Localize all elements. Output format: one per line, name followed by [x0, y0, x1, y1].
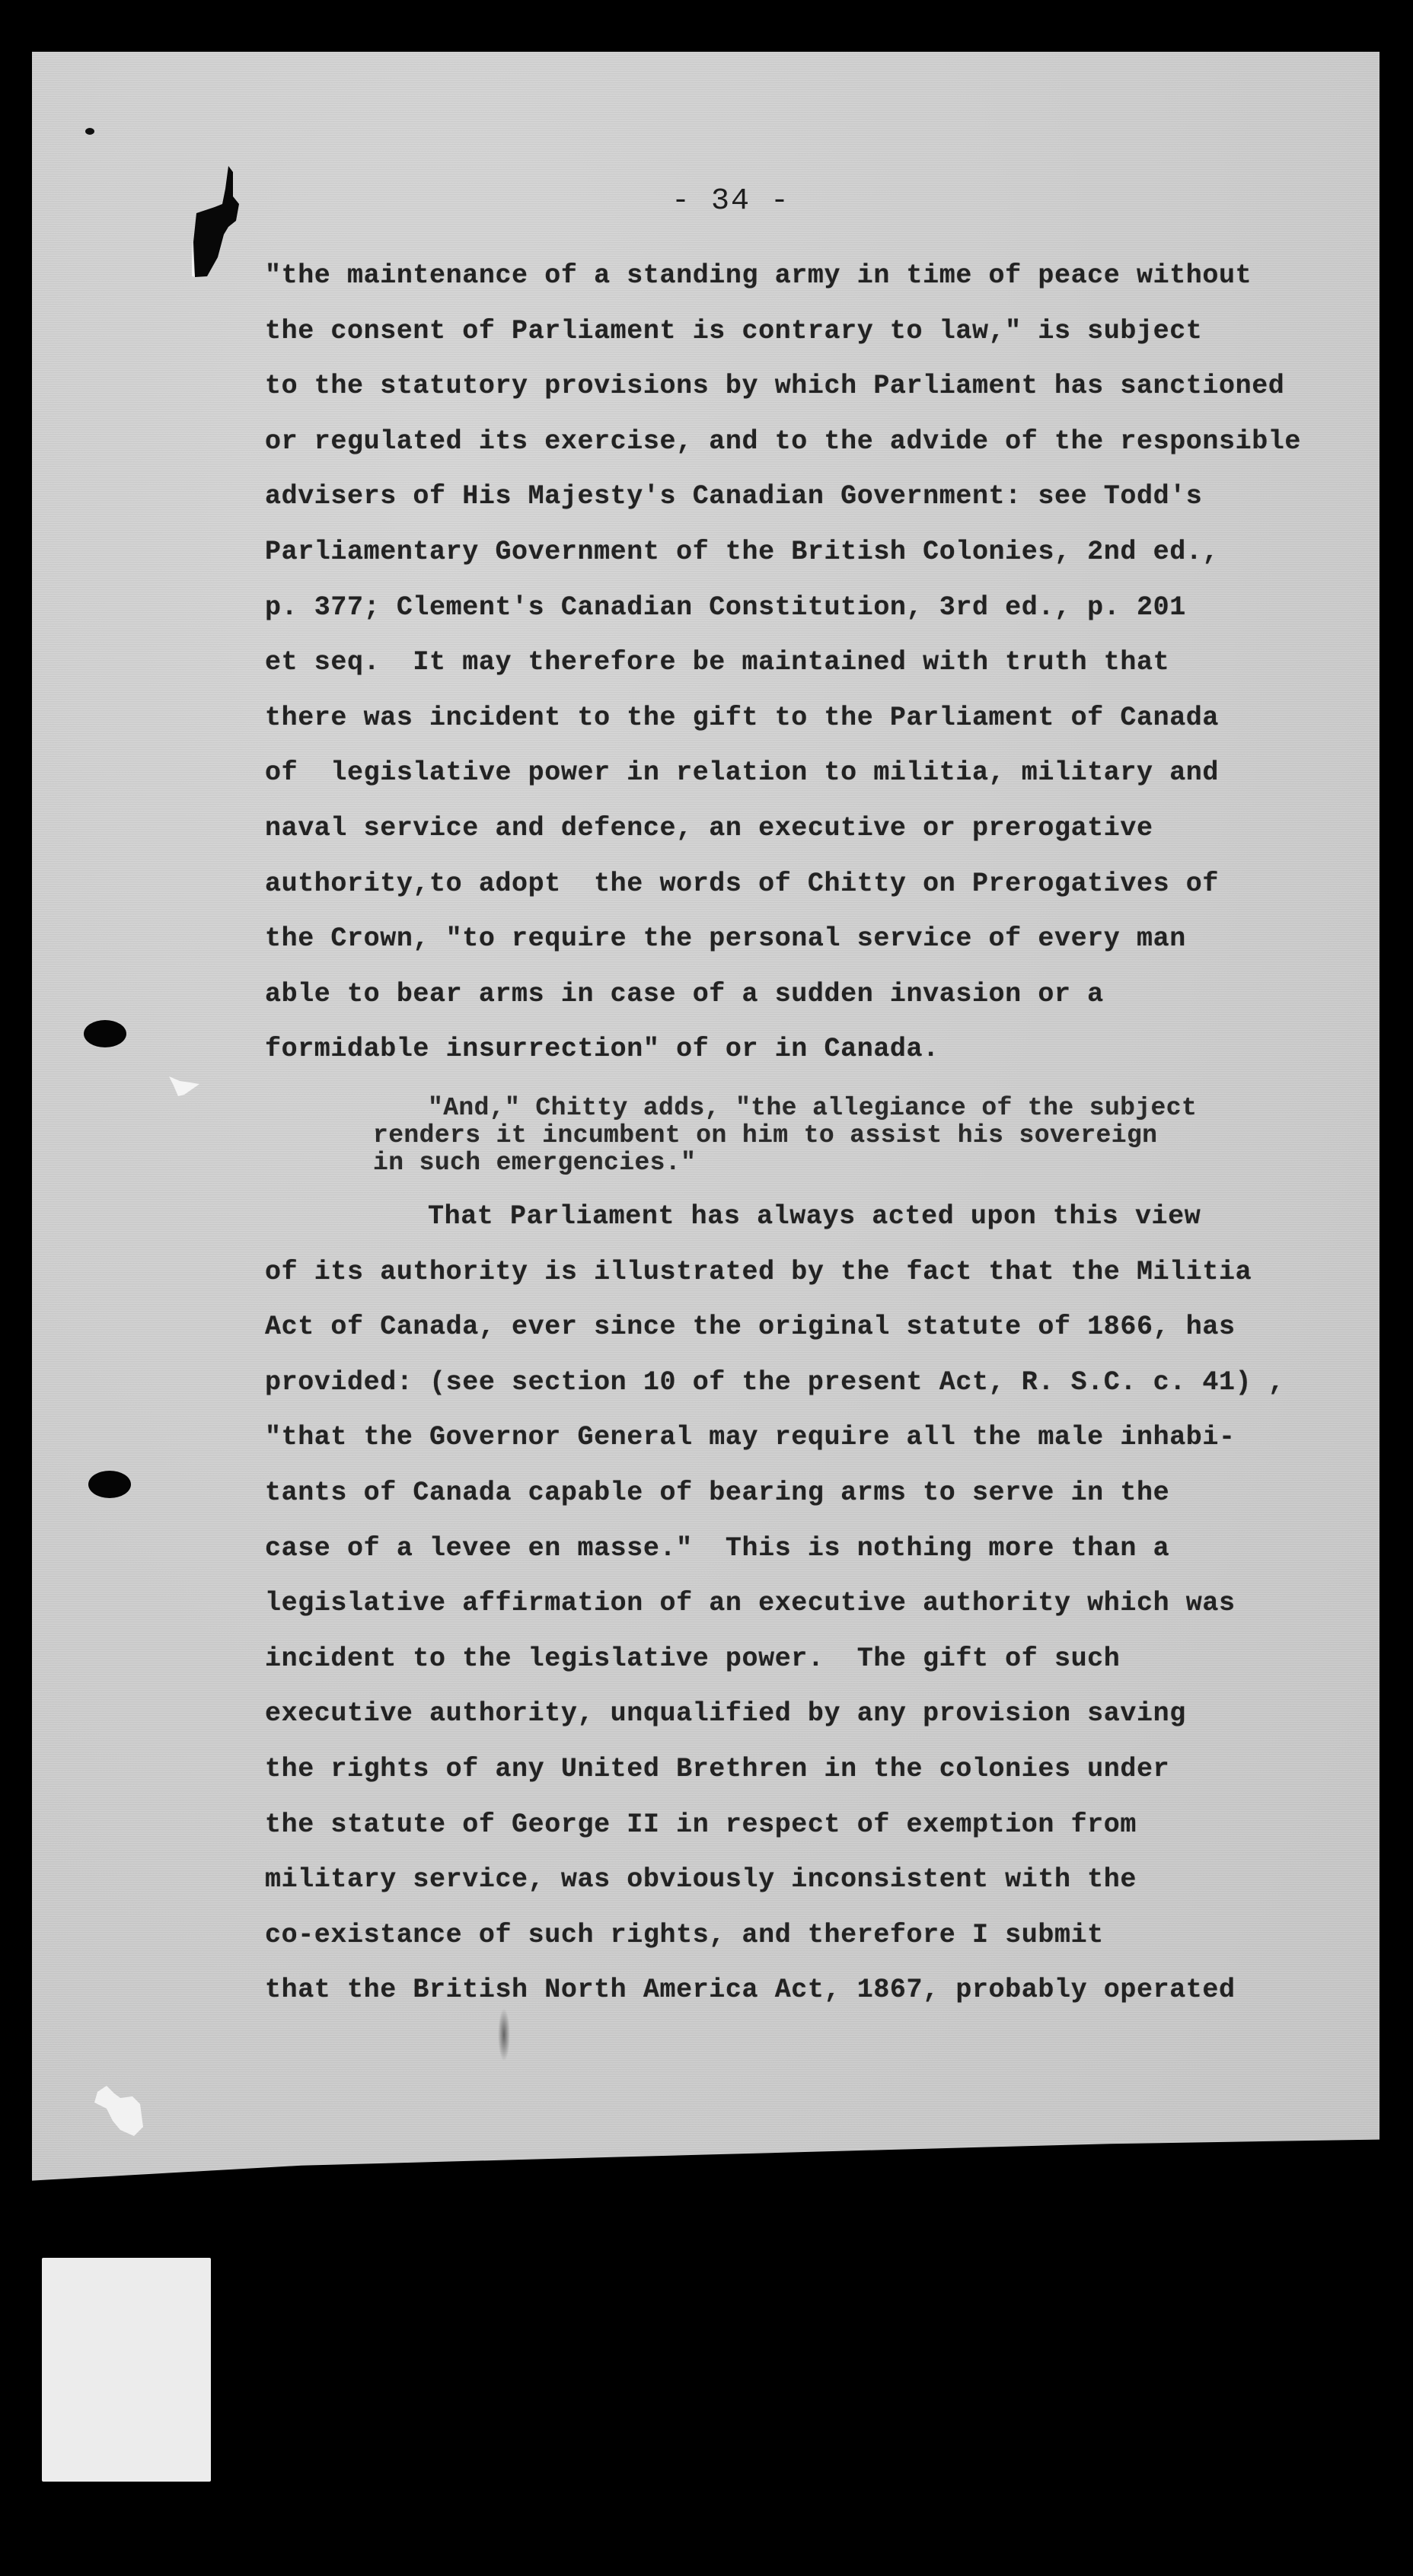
text-line: authority,to adopt the words of Chitty o…	[265, 869, 1219, 899]
text-line: the Crown, "to require the personal serv…	[265, 923, 1186, 954]
ink-smudge	[498, 2008, 510, 2061]
text-line: tants of Canada capable of bearing arms …	[265, 1478, 1169, 1508]
text-line: incident to the legislative power. The g…	[265, 1643, 1120, 1674]
text-line: case of a levee en masse." This is nothi…	[265, 1533, 1169, 1564]
punch-hole-bottom	[88, 1471, 131, 1498]
text-line: the statute of George II in respect of e…	[265, 1809, 1137, 1840]
text-line: able to bear arms in case of a sudden in…	[265, 979, 1104, 1009]
text-line: co-existance of such rights, and therefo…	[265, 1920, 1104, 1950]
quote-line: renders it incumbent on him to assist hi…	[373, 1122, 1157, 1149]
page-number: - 34 -	[662, 184, 799, 218]
paper-chip-bottom	[94, 2086, 148, 2139]
film-label-card	[42, 2258, 211, 2482]
text-line: "the maintenance of a standing army in t…	[265, 260, 1252, 291]
text-line: the rights of any United Brethren in the…	[265, 1754, 1169, 1784]
text-line: to the statutory provisions by which Par…	[265, 371, 1284, 401]
paper-chip-mid	[169, 1076, 203, 1098]
text-line: executive authority, unqualified by any …	[265, 1698, 1186, 1729]
text-line: of its authority is illustrated by the f…	[265, 1257, 1252, 1287]
text-line: provided: (see section 10 of the present…	[265, 1367, 1284, 1398]
text-line: that the British North America Act, 1867…	[265, 1975, 1236, 2005]
text-line: or regulated its exercise, and to the ad…	[265, 426, 1301, 457]
text-line: naval service and defence, an executive …	[265, 813, 1153, 843]
text-line: p. 377; Clement's Canadian Constitution,…	[265, 592, 1186, 623]
text-line: That Parliament has always acted upon th…	[428, 1201, 1201, 1232]
quote-line: in such emergencies."	[373, 1149, 696, 1177]
text-line: of legislative power in relation to mili…	[265, 757, 1219, 788]
text-line: Act of Canada, ever since the original s…	[265, 1312, 1236, 1342]
punch-hole-top	[84, 1020, 126, 1047]
quote-line: "And," Chitty adds, "the allegiance of t…	[428, 1095, 1197, 1122]
text-line: formidable insurrection" of or in Canada…	[265, 1034, 939, 1064]
edge-speck	[85, 128, 94, 135]
text-line: "that the Governor General may require a…	[265, 1422, 1236, 1452]
text-line: advisers of His Majesty's Canadian Gover…	[265, 481, 1202, 512]
text-line: the consent of Parliament is contrary to…	[265, 316, 1202, 346]
text-line: legislative affirmation of an executive …	[265, 1588, 1236, 1618]
text-line: there was incident to the gift to the Pa…	[265, 703, 1219, 733]
text-line: et seq. It may therefore be maintained w…	[265, 647, 1169, 677]
text-line: military service, was obviously inconsis…	[265, 1864, 1137, 1895]
paper-tear-hole	[192, 166, 253, 280]
text-line: Parliamentary Government of the British …	[265, 537, 1219, 567]
